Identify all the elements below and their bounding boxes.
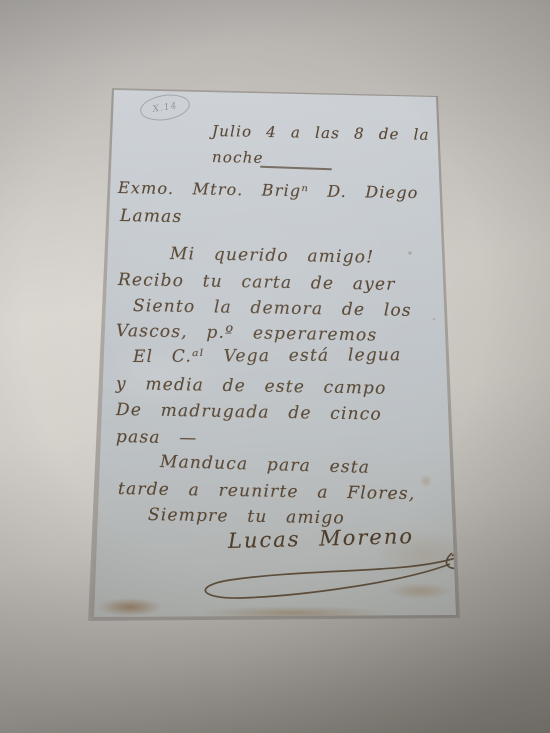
letter-body-line: Manduca para esta xyxy=(160,452,371,478)
letter-dateline-1: Julio 4 a las 8 de la xyxy=(212,122,430,144)
letter-dateline-2: noche xyxy=(212,148,264,167)
manuscript-paper: X.14 Julio 4 a las 8 de la noche Exmo. M… xyxy=(88,86,460,622)
letter-body-line: El C.ᵃˡ Vega está legua xyxy=(133,345,402,367)
letter-body-line: pasa — xyxy=(116,427,198,448)
letter-body-line: Recibo tu carta de ayer xyxy=(118,270,396,295)
letter-body-line: Vascos, p.º esperaremos xyxy=(116,321,378,346)
photo-background: X.14 Julio 4 a las 8 de la noche Exmo. M… xyxy=(0,0,550,733)
letter-recipient-2: Lamas xyxy=(120,206,183,227)
letter-recipient-1: Exmo. Mtro. Brigⁿ D. Diego xyxy=(118,178,419,202)
signature-flourish xyxy=(188,546,478,608)
catalog-mark-oval: X.14 xyxy=(138,91,191,124)
noche-underline-stroke xyxy=(260,166,332,170)
letter-body-line: tarde a reunirte a Flores, xyxy=(118,479,416,504)
letter-body-line: Siento la demora de los xyxy=(133,296,412,321)
letter-salutation: Mi querido amigo! xyxy=(170,244,375,268)
letter-closing: Siempre tu amigo xyxy=(148,505,345,528)
catalog-mark-label: X.14 xyxy=(152,101,178,115)
letter-body-line: y media de este campo xyxy=(116,374,387,399)
letter-body-line: De madrugada de cinco xyxy=(116,400,382,425)
